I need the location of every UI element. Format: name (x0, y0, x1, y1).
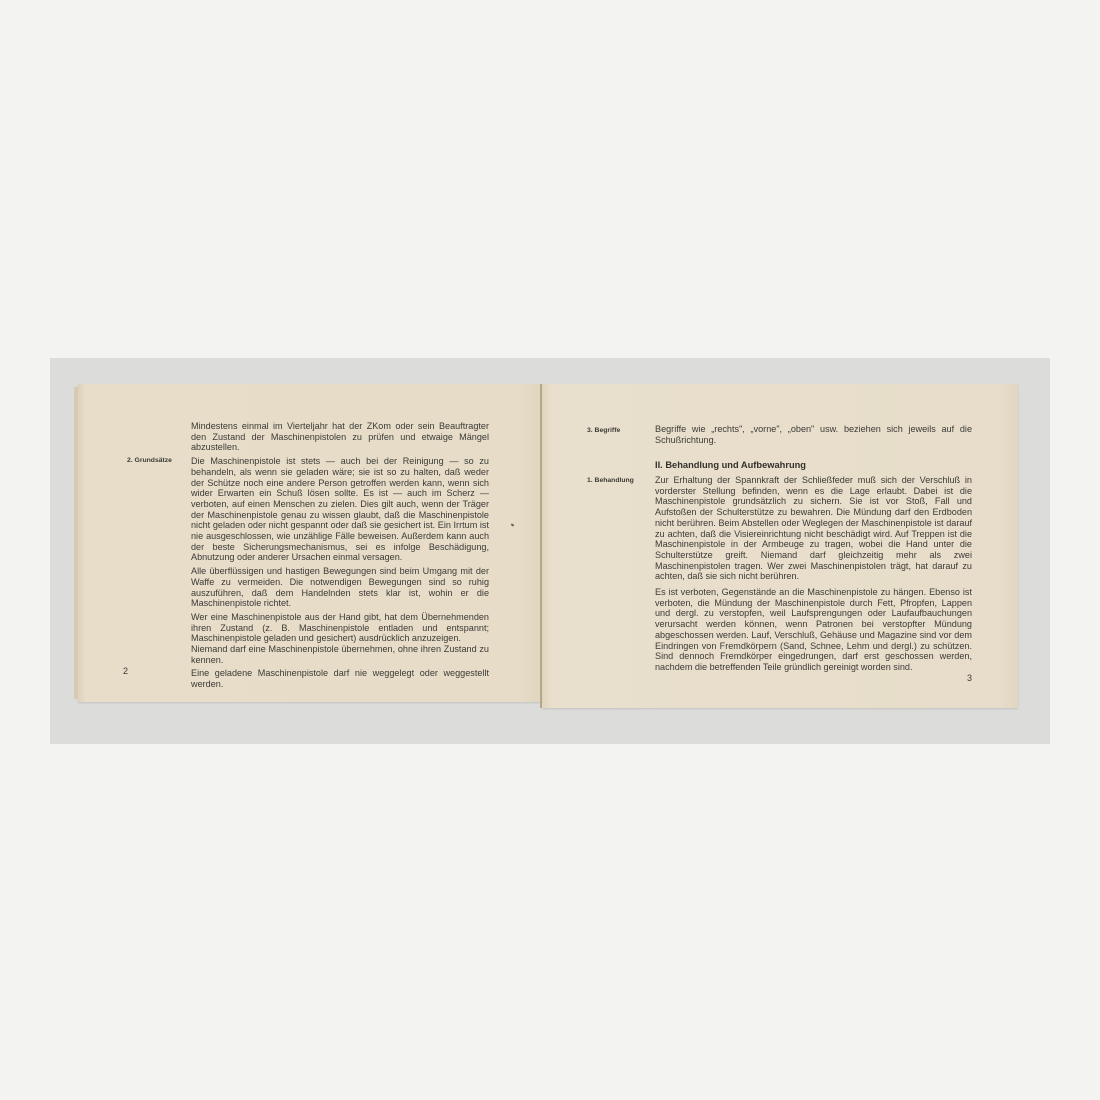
begriffe-text: Begriffe wie „rechts", „vorne", „oben" u… (655, 424, 972, 445)
behandlung-paragraph-2: Es ist verboten, Gegenstände an die Masc… (655, 587, 972, 673)
booklet-page-right: 3. Begriffe Begriffe wie „rechts", „vorn… (542, 384, 1018, 708)
section-label-begriffe: 3. Begriffe (587, 427, 620, 434)
section-label-behandlung: 1. Behandlung (587, 477, 634, 484)
right-text-column: Zur Erhaltung der Spannkraft der Schließ… (655, 475, 972, 676)
pencil-mark (511, 523, 515, 526)
grundsaetze-paragraph-2: Alle überflüssigen und hastigen Bewegung… (191, 566, 489, 609)
grundsaetze-paragraph-4: Niemand darf eine Maschinenpistole übern… (191, 644, 489, 665)
section-label-grundsaetze: 2. Grundsätze (127, 457, 172, 464)
behandlung-paragraph-1: Zur Erhaltung der Spannkraft der Schließ… (655, 475, 972, 582)
intro-paragraph: Mindestens einmal im Vierteljahr hat der… (191, 421, 489, 453)
page-number-left: 2 (123, 666, 128, 676)
grundsaetze-paragraph-3: Wer eine Maschinenpistole aus der Hand g… (191, 612, 489, 644)
left-text-column: Mindestens einmal im Vierteljahr hat der… (191, 421, 489, 693)
grundsaetze-paragraph-5: Eine geladene Maschinenpistole darf nie … (191, 668, 489, 689)
chapter-heading: II. Behandlung und Aufbewahrung (655, 460, 806, 470)
page-number-right: 3 (967, 673, 972, 683)
grundsaetze-paragraph-1: Die Maschinenpistole ist stets — auch be… (191, 456, 489, 563)
booklet-page-left: Mindestens einmal im Vierteljahr hat der… (78, 384, 541, 702)
